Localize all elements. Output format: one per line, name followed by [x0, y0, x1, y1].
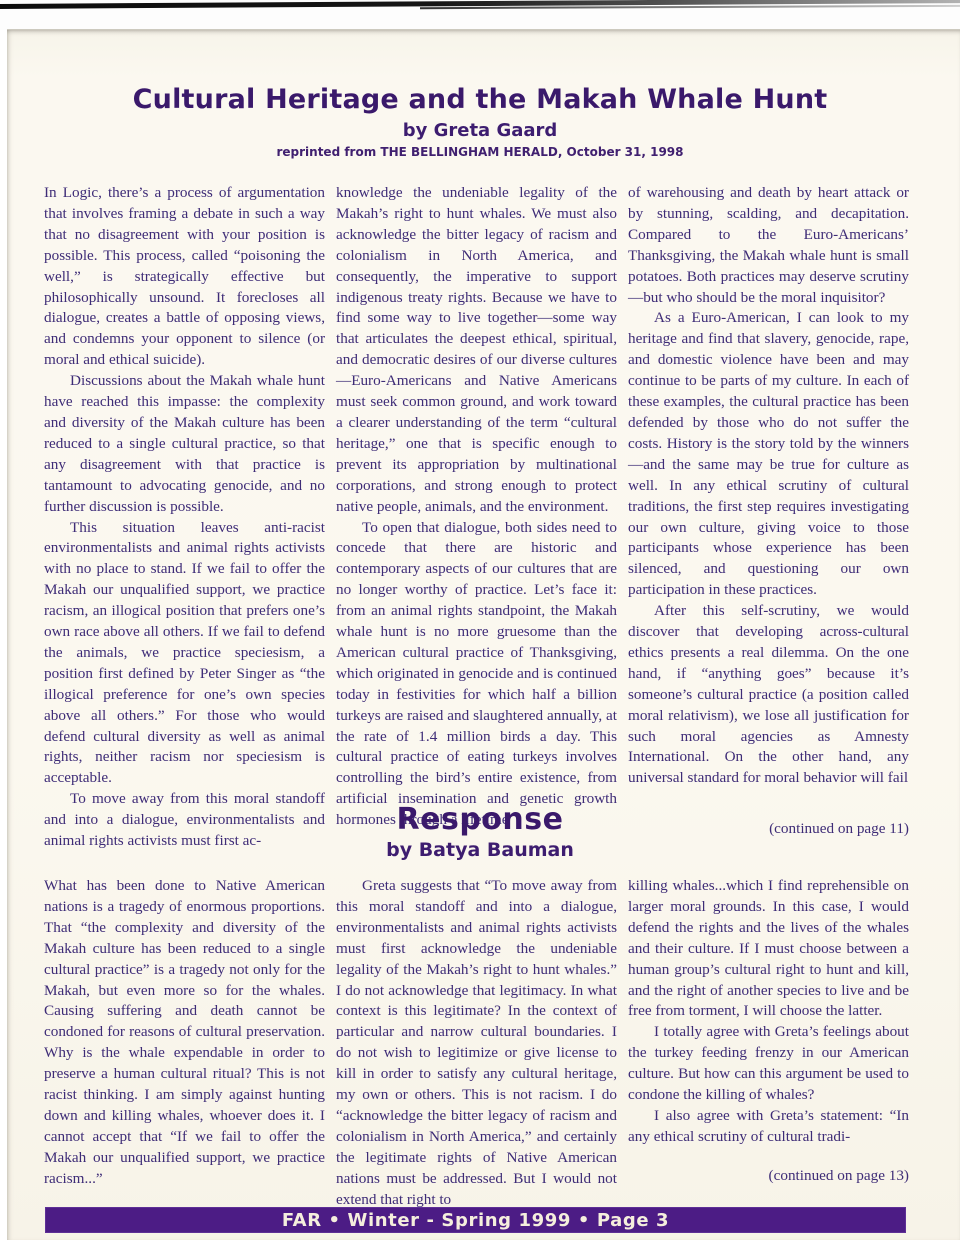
paragraph: I totally agree with Greta’s feelings ab… — [628, 1022, 909, 1106]
paragraph: knowledge the undeniable legality of the… — [336, 183, 617, 518]
article-source-note: reprinted from THE BELLINGHAM HERALD, Oc… — [0, 145, 960, 159]
article-title: Cultural Heritage and the Makah Whale Hu… — [0, 84, 960, 115]
paragraph: In Logic, there’s a process of argumenta… — [44, 183, 325, 371]
paragraph: This situation leaves anti-racist enviro… — [44, 518, 325, 790]
response-byline: by Batya Bauman — [0, 839, 960, 861]
article-byline: by Greta Gaard — [0, 120, 960, 141]
footer-text: FAR • Winter - Spring 1999 • Page 3 — [282, 1210, 669, 1231]
response-columns: What has been done to Native American na… — [44, 876, 908, 1211]
article-masthead: Cultural Heritage and the Makah Whale Hu… — [0, 84, 960, 159]
paragraph: Discussions about the Makah whale hunt h… — [44, 371, 325, 517]
response-column-2: Greta suggests that “To move away from t… — [336, 876, 617, 1211]
paragraph: What has been done to Native American na… — [44, 876, 325, 1190]
paragraph: of warehousing and death by heart attack… — [628, 183, 909, 308]
page-footer-band: FAR • Winter - Spring 1999 • Page 3 — [45, 1207, 906, 1233]
paragraph: As a Euro-American, I can look to my her… — [628, 308, 909, 601]
article-column-3: of warehousing and death by heart attack… — [628, 183, 909, 852]
article-columns: In Logic, there’s a process of argumenta… — [44, 183, 908, 852]
paragraph: After this self-scrutiny, we would disco… — [628, 601, 909, 789]
paragraph: I also agree with Greta’s statement: “In… — [628, 1106, 909, 1148]
paragraph: (continued on page 13) — [628, 1166, 909, 1187]
article-column-1: In Logic, there’s a process of argumenta… — [44, 183, 325, 852]
paragraph: Greta suggests that “To move away from t… — [336, 876, 617, 1211]
paragraph: To open that dialogue, both sides need t… — [336, 518, 617, 832]
paragraph: killing whales...which I find reprehensi… — [628, 876, 909, 1022]
article-column-2: knowledge the undeniable legality of the… — [336, 183, 617, 852]
response-title: Response — [0, 802, 960, 837]
response-column-1: What has been done to Native American na… — [44, 876, 325, 1211]
response-column-3: killing whales...which I find reprehensi… — [628, 876, 909, 1211]
response-masthead: Response by Batya Bauman — [0, 802, 960, 861]
